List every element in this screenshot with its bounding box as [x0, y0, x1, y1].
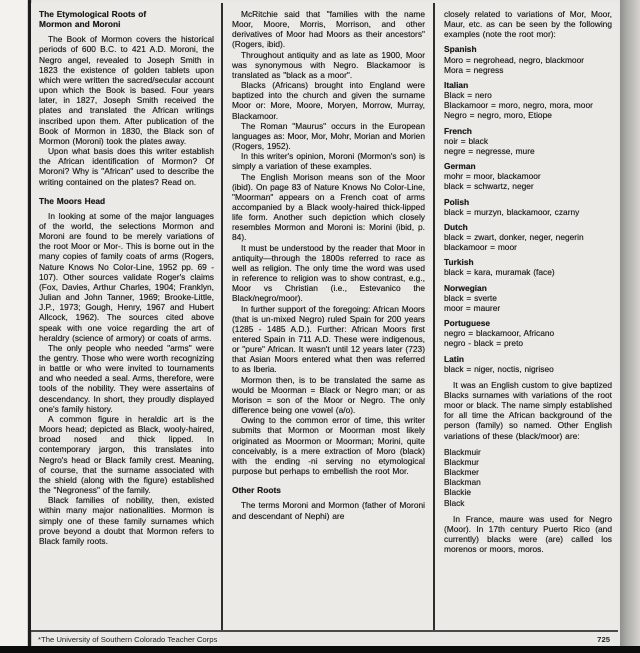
- paragraph: Owing to the common error of time, this …: [232, 415, 425, 476]
- column-left: The Etymological Roots of Mormon and Mor…: [31, 3, 221, 630]
- scan-bottom-bar: [0, 646, 640, 653]
- language-heading: German: [444, 161, 612, 171]
- definition-line: negre = negresse, mure: [444, 146, 612, 156]
- language-heading: Italian: [444, 80, 612, 90]
- article-title: The Etymological Roots of Mormon and Mor…: [39, 9, 171, 29]
- article-content: The Etymological Roots of Mormon and Mor…: [31, 3, 618, 632]
- paragraph: In this writer's opinion, Moroni (Mormon…: [232, 151, 425, 171]
- definition-line: Mora = negress: [444, 65, 612, 75]
- paragraph: McRitchie said that "families with the n…: [232, 9, 425, 50]
- definition-line: black = kara, muramak (face): [444, 267, 612, 277]
- section-heading: The Moors Head: [39, 196, 214, 206]
- footer-note: *The University of Southern Colorado Tea…: [38, 635, 217, 644]
- paragraph: In France, maure was used for Negro (Moo…: [444, 514, 612, 555]
- language-heading: Latin: [444, 354, 612, 364]
- list-item: Blackmuir: [444, 447, 612, 457]
- paragraph: The terms Moroni and Mormon (father of M…: [232, 500, 425, 520]
- scan-edge-shadow: [620, 0, 640, 646]
- list-item: Blackie: [444, 487, 612, 497]
- list-item: Blackmur: [444, 457, 612, 467]
- language-heading: Turkish: [444, 257, 612, 267]
- paragraph: Throughout antiquity and as late as 1900…: [232, 50, 425, 80]
- definition-line: Blackamoor = moro, negro, mora, moor: [444, 100, 612, 110]
- definition-line: negro = blackamoor, Africano: [444, 328, 612, 338]
- page-number: 725: [597, 635, 610, 644]
- definition-line: noir = black: [444, 136, 612, 146]
- definition-line: Black = nero: [444, 90, 612, 100]
- paragraph: Mormon then, is to be translated the sam…: [232, 375, 425, 416]
- paragraph: A common figure in heraldic art is the M…: [39, 414, 214, 495]
- definition-line: moor = maurer: [444, 303, 612, 313]
- definition-line: black = schwartz, neger: [444, 181, 612, 191]
- language-heading: Spanish: [444, 44, 612, 54]
- definition-line: Moro = negrohead, negro, blackmoor: [444, 55, 612, 65]
- definition-line: black = sverte: [444, 293, 612, 303]
- definition-line: blackamoor = moor: [444, 242, 612, 252]
- definition-line: Negro = negro, moro, Etiope: [444, 110, 612, 120]
- definition-line: negro - black = preto: [444, 338, 612, 348]
- language-heading: Dutch: [444, 222, 612, 232]
- column-middle: McRitchie said that "families with the n…: [221, 3, 433, 630]
- definition-line: black = zwart, donker, neger, negerin: [444, 232, 612, 242]
- section-heading: Other Roots: [232, 485, 425, 495]
- paragraph: Black families of nobility, then, existe…: [39, 495, 214, 546]
- scanned-document-page: The Etymological Roots of Mormon and Mor…: [0, 0, 640, 653]
- paragraph: closely related to variations of Mor, Mo…: [444, 9, 612, 39]
- list-item: Black: [444, 498, 612, 508]
- paragraph: The English Morison means son of the Moo…: [232, 172, 425, 243]
- paragraph: In further support of the foregoing: Afr…: [232, 304, 425, 375]
- language-heading: Portuguese: [444, 318, 612, 328]
- column-right: closely related to variations of Mor, Mo…: [433, 3, 618, 630]
- definition-line: black = niger, noctis, nigriseo: [444, 364, 612, 374]
- paragraph: In looking at some of the major language…: [39, 211, 214, 343]
- paragraph: It must be understood by the reader that…: [232, 243, 425, 304]
- definition-line: black = murzyn, blackamoor, czarny: [444, 207, 612, 217]
- paragraph: The only people who needed "arms" were t…: [39, 343, 214, 414]
- paragraph: It was an English custom to give baptize…: [444, 380, 612, 441]
- list-item: Blackmer: [444, 467, 612, 477]
- language-heading: Norwegian: [444, 283, 612, 293]
- definition-line: mohr = moor, blackamoor: [444, 171, 612, 181]
- language-heading: French: [444, 126, 612, 136]
- list-item: Blackman: [444, 477, 612, 487]
- paragraph: The Book of Mormon covers the historical…: [39, 34, 214, 146]
- paragraph: The Roman "Maurus" occurs in the Europea…: [232, 121, 425, 151]
- page-left-margin: [0, 0, 28, 646]
- language-heading: Polish: [444, 197, 612, 207]
- paragraph: Blacks (Africans) brought into England w…: [232, 80, 425, 121]
- page-footer: *The University of Southern Colorado Tea…: [38, 635, 610, 644]
- paragraph: Upon what basis does this writer establi…: [39, 146, 214, 187]
